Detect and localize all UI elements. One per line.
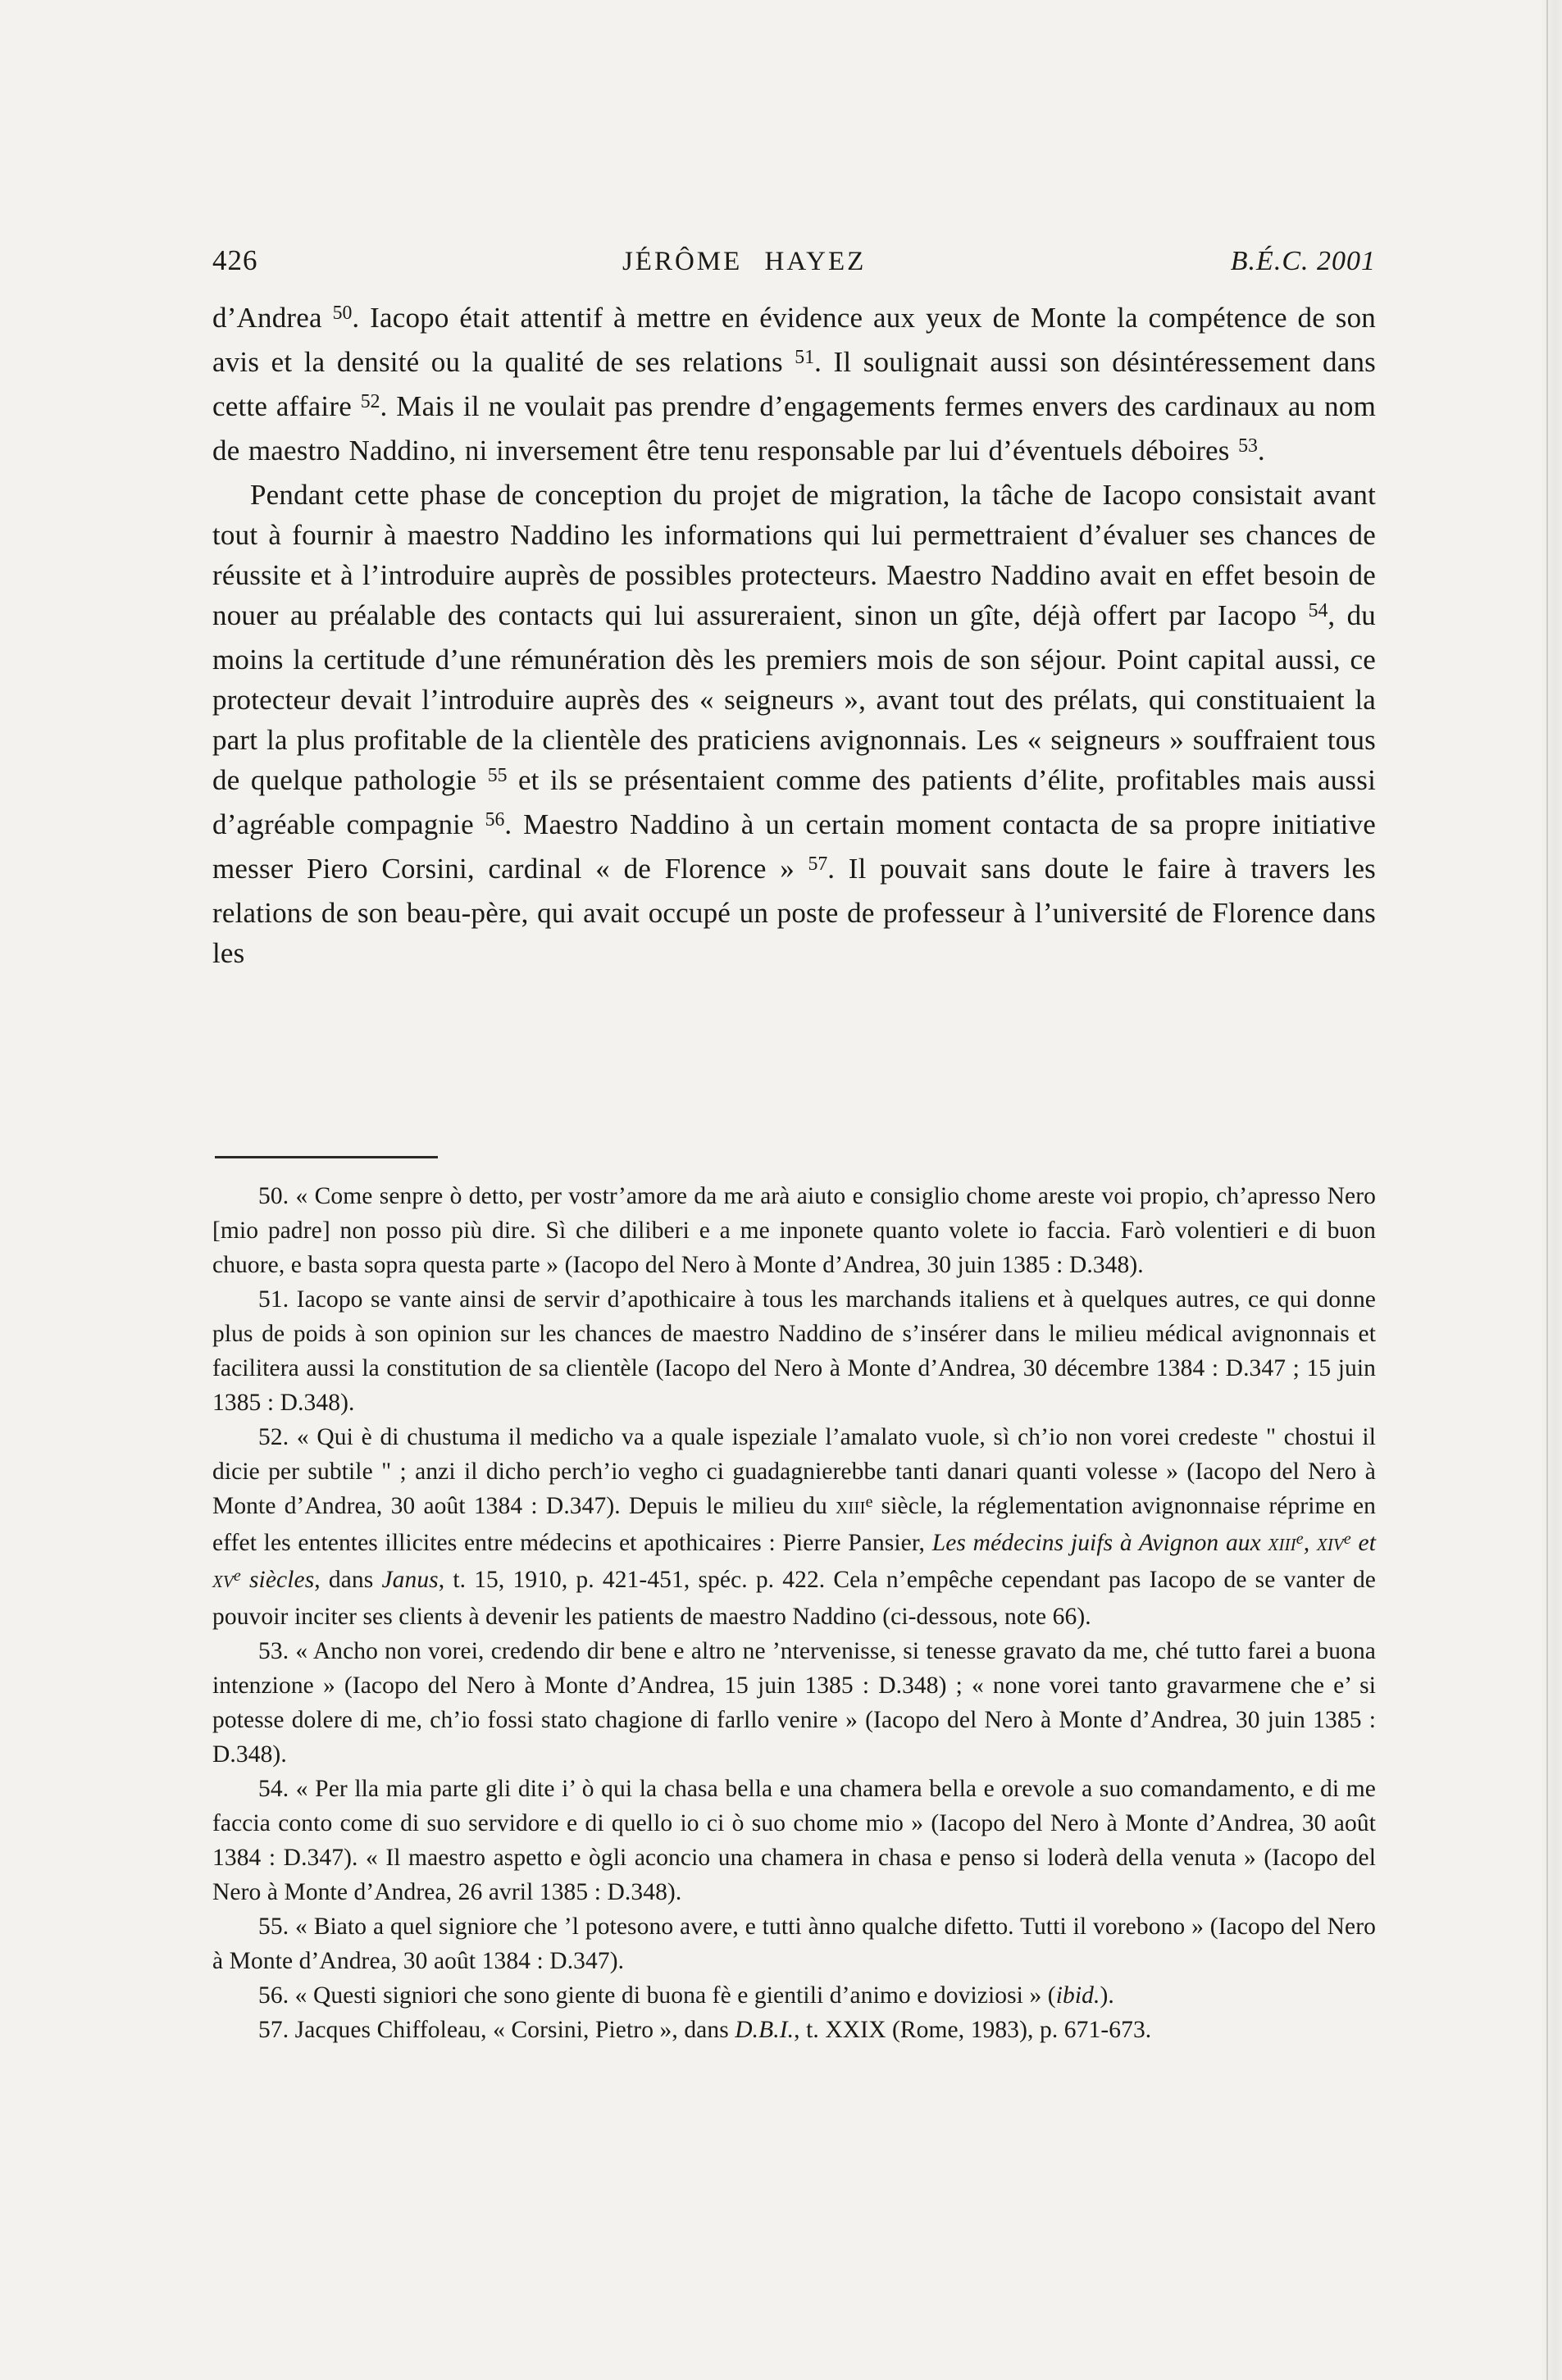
body-paragraph-1: d’Andrea 50. Iacopo était attentif à met…: [212, 298, 1376, 475]
footnote-57: 57. Jacques Chiffoleau, « Corsini, Pietr…: [212, 2013, 1376, 2047]
footnote-51: 51. Iacopo se vante ainsi de servir d’ap…: [212, 1282, 1376, 1420]
footnote-53: 53. « Ancho non vorei, credendo dir bene…: [212, 1634, 1376, 1772]
page-number: 426: [212, 243, 258, 279]
footnote-52: 52. « Qui è di chustuma il medicho va a …: [212, 1420, 1376, 1634]
footnote-56: 56. « Questi signiori che sono giente di…: [212, 1978, 1376, 2013]
journal-volume: B.É.C. 2001: [1231, 243, 1376, 280]
page-header: 426 JÉRÔME HAYEZ B.É.C. 2001: [212, 243, 1376, 280]
footnote-55: 55. « Biato a quel signiore che ’l potes…: [212, 1909, 1376, 1978]
footnote-54: 54. « Per lla mia parte gli dite i’ ò qu…: [212, 1772, 1376, 1909]
body-paragraph-2: Pendant cette phase de conception du pro…: [212, 475, 1376, 973]
footnote-separator-rule: [215, 1156, 438, 1158]
footnote-50: 50. « Come senpre ò detto, per vostr’amo…: [212, 1179, 1376, 1282]
page-edge-shadow: [1546, 0, 1548, 2380]
running-title: JÉRÔME HAYEZ: [622, 243, 866, 280]
article-body: d’Andrea 50. Iacopo était attentif à met…: [212, 298, 1376, 973]
scanned-journal-page: 426 JÉRÔME HAYEZ B.É.C. 2001 d’Andrea 50…: [0, 0, 1562, 2380]
footnotes-section: 50. « Come senpre ò detto, per vostr’amo…: [212, 1179, 1376, 2047]
